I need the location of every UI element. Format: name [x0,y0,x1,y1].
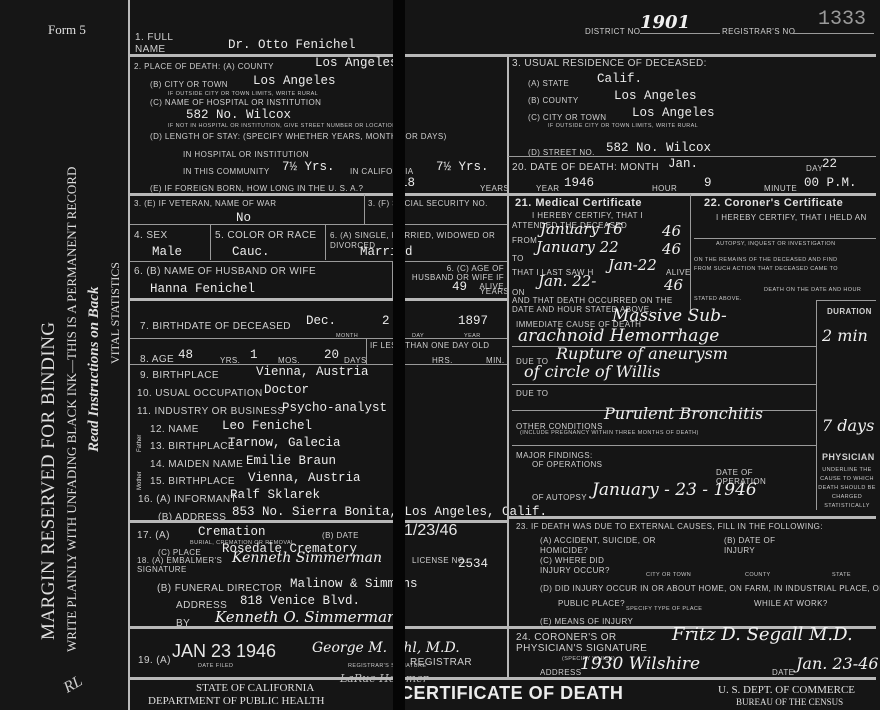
residence-county-label: (b) County [528,96,579,105]
rule [508,193,876,196]
death-minute-value: 00 P.M. [804,176,857,190]
foreign-born-label: (e) If foreign born, how long in the U. … [150,184,363,193]
spouse-label: 6. (b) Name of Husband or Wife [134,266,316,277]
disposal-date-label: (b) Date [322,531,359,540]
signature-address-value: 1930 Wilshire [580,654,700,674]
coroner-text-1: I hereby certify, that I held an [716,213,867,222]
occupation-value: Doctor [264,383,309,397]
instructions-notice: Read Instructions on Back [86,287,103,452]
binding-notice: MARGIN RESERVED FOR BINDING [38,321,60,640]
due-to-label-2: Due to [516,389,548,398]
divider [325,225,326,260]
father-birthplace-value: Tarnow, Galecia [228,436,341,450]
rule [130,677,876,680]
license-value: 2534 [458,557,488,571]
spouse-value: Hanna Fenichel [150,282,255,296]
rule [130,298,508,301]
to-label: to [512,254,524,263]
disposal-label: 17. (a) [137,530,170,541]
rule [792,33,874,34]
full-name-value: Dr. Otto Fenichel [228,38,356,52]
in-hospital-label: In Hospital or institution [183,150,309,159]
certificate-title: CERTIFICATE OF DEATH [400,683,623,704]
residence-county-value: Los Angeles [614,89,697,103]
embalmer-label: 18. (a) Embalmer's Signature [137,556,227,574]
rule [130,224,508,225]
marital-label: 6. (a) Single, Married, Widowed or Divor… [330,231,500,251]
birthdate-day: 2 [382,314,390,328]
residence-city-value: Los Angeles [632,106,715,120]
birthplace-label: 9. Birthplace [140,370,219,381]
death-county-value: Los Angeles [315,56,398,70]
death-city-label: (b) City or town [150,80,228,89]
spouse-age-unit: Years [480,287,509,296]
death-minute-label: Minute [764,184,797,193]
due-to-2: of circle of Willis [524,362,660,381]
occupation-label: 10. Usual Occupation [137,388,263,399]
state-label: State [832,572,851,578]
hospital-value: 582 No. Wilcox [186,108,291,122]
other-conditions-note: (Include pregnancy within three months o… [520,430,699,436]
death-certificate: Form 5 MARGIN RESERVED FOR BINDING WRITE… [0,0,880,710]
physician-signature: Fritz D. Segall M.D. [672,624,853,645]
district-label: District No. [585,27,643,36]
place-of-death-label: 2. Place of Death: (a) County [134,62,274,71]
date-of-injury-label: (b) Date of injury [724,536,784,556]
years-label: Years [480,184,509,193]
age-years: 48 [178,348,193,362]
full-name-label: 1. Full Name [135,32,183,56]
county-label: County [745,572,771,578]
footer-bureau: BUREAU OF THE CENSUS [736,697,843,707]
attended-from: January 16 [540,220,623,238]
rule [508,516,876,519]
rule [694,238,876,239]
immediate-cause-1: Massive Sub- [612,306,727,326]
filed-label: 19. (a) [138,655,171,666]
mother-maiden-value: Emilie Braun [246,454,336,468]
embalmer-signature: Kenneth Simmerman [232,550,382,566]
divider [507,54,509,194]
registrar-number: 1333 [818,8,866,31]
funeral-director-label: (b) Funeral Director [157,583,282,594]
date-filed-stamp: JAN 23 1946 [172,641,276,662]
attended-from-year: 46 [662,222,681,240]
vital-statistics-label: VITAL STATISTICS [108,262,123,364]
divider [690,194,691,310]
city-note: If outside city or town limits, write ru… [168,91,318,97]
rule [512,384,817,385]
birthdate-year: 1897 [458,314,488,328]
coroner-text-5: stated above. [694,296,742,302]
attended-to: January 22 [536,238,619,256]
rule [640,33,720,34]
signature-address-label: Address [540,668,581,677]
specify-place-note: Specify type of place [626,606,702,612]
death-on-year: 46 [664,276,683,294]
signature-label: 24. Coroner's or Physician's Signature [516,632,676,654]
mother-bracket-label: Mother [137,471,143,490]
rule [512,445,817,446]
means-of-injury-label: (e) Means of injury [540,617,633,626]
rule [130,193,508,196]
form-number: Form 5 [48,22,86,38]
death-year-label: Year [536,184,559,193]
death-hour-label: Hour [652,184,677,193]
residence-street-value: 582 No. Wilcox [606,141,711,155]
death-year-value: 1946 [564,176,594,190]
death-month-value: Jan. [668,157,698,171]
major-findings-label: Major findings: [516,451,593,460]
father-birthplace-label: 13. Birthplace [150,441,235,452]
autopsy-date: January - 23 - 1946 [592,480,757,500]
residence-city-note: If outside city or town limits, write ru… [548,123,698,129]
age-days: 20 [324,348,339,362]
clerk-initials: RL [61,673,86,698]
of-autopsy-label: Of autopsy [532,493,587,502]
last-saw-value: Jan-22 [608,256,657,274]
disposal-value: Cremation [198,525,266,539]
public-place-label: public place? [558,599,625,608]
registrar-label: Registrar's No. [722,27,798,36]
accident-label: (a) Accident, suicide, or homicide? [540,536,660,556]
binding-margin: Form 5 MARGIN RESERVED FOR BINDING WRITE… [0,0,128,710]
ink-notice: WRITE PLAINLY WITH UNFADING BLACK INK—TH… [64,167,80,652]
coroner-text-3: from such action that deceased came to [694,266,838,272]
residence-city-label: (c) City or town [528,113,606,122]
scan-fold-shadow [393,0,405,710]
footer-state: STATE OF CALIFORNIA [196,682,314,694]
divider [507,194,509,677]
race-value: Cauc. [232,245,270,259]
at-work-label: While at work? [754,599,828,608]
registrar-label: Registrar [410,657,472,668]
coroner-text-4: death on the date and hour [764,287,861,293]
immediate-cause-2: arachnoid Hemorrhage [518,326,719,346]
disposal-date-value: 1/23/46 [404,522,457,540]
coroner-certificate-title: 22. Coroner's Certificate [704,197,843,209]
physician-note: Underline the cause to which death shoul… [818,466,876,511]
ssn-label: 3. (f) Social Security No. [368,199,488,208]
mother-maiden-label: 14. Maiden Name [150,459,243,470]
race-label: 5. Color or Race [215,230,316,241]
veteran-label: 3. (e) If Veteran, Name of War [134,199,276,208]
duration-label: Duration [827,307,872,316]
divider [816,300,817,510]
external-causes-title: 23. If death was due to external causes,… [516,522,823,531]
due-to-1: Rupture of aneurysm [556,344,728,363]
industry-label: 11. Industry or Business [137,406,284,417]
death-on-value: Jan. 22- [538,272,596,290]
father-name-label: 12. Name [150,424,199,435]
mother-birthplace-value: Vienna, Austria [248,471,361,485]
in-california-value: 7½ Yrs. [436,160,489,174]
rule [130,626,508,629]
rule [130,261,508,262]
duration-1: 2 min [822,326,868,345]
death-hour-value: 9 [704,176,712,190]
divider [364,194,365,224]
attended-to-year: 46 [662,240,681,258]
of-operations-label: Of operations [532,460,602,469]
from-label: from [512,236,537,245]
other-conditions-value: Purulent Bronchitis [604,404,763,423]
funeral-address-value: 818 Venice Blvd. [240,594,360,608]
signature-date-label: Date [772,668,794,677]
hospital-label: (c) Name of hospital or institution [150,98,321,107]
city-label: City or town [646,572,691,578]
injury-place-label: (d) Did injury occur in or about home, o… [540,584,880,593]
funeral-by-signature: Kenneth O. Simmerman [215,608,397,626]
date-filed-note: Date filed [198,663,233,669]
father-bracket-label: Father [137,435,143,452]
mother-birthplace-label: 15. Birthplace [150,476,235,487]
date-of-death-label: 20. Date of Death: Month [512,162,659,173]
birthdate-label: 7. Birthdate of Deceased [140,321,291,332]
medical-certificate-title: 21. Medical Certificate [515,197,642,209]
divider [366,339,367,364]
informant-value: Ralf Sklarek [230,488,320,502]
informant-label: 16. (a) Informant [138,494,237,505]
informant-address-value: 853 No. Sierra Bonita, Los Angeles, Cali… [232,505,547,519]
in-community-value: 7½ Yrs. [282,160,335,174]
birthplace-value: Vienna, Austria [256,365,369,379]
industry-value: Psycho-analyst [282,401,387,415]
rule [130,54,876,57]
coroner-text-2: on the remains of the deceased and find [694,257,837,263]
birthdate-month: Dec. [306,314,336,328]
injury-where-label: (c) Where did injury occur? [540,556,620,576]
coroner-note: Autopsy, inquest or investigation [716,241,835,247]
sex-value: Male [152,245,182,259]
death-city-value: Los Angeles [253,74,336,88]
spouse-age-value: 49 [452,280,467,294]
footer-us-dept: U. S. DEPT. OF COMMERCE [718,684,855,696]
death-day-label: Day [806,164,823,173]
registrar-signature: George M. Uhl, M.D. [312,640,460,656]
father-name-value: Leo Fenichel [222,419,312,433]
physician-box-label: Physician [822,452,875,462]
divider [210,225,211,260]
hospital-note: If not in hospital or institution, give … [168,123,397,129]
signature-date-value: Jan. 23-46 [796,654,879,673]
rule [816,300,876,301]
residence-state-value: Calif. [597,72,642,86]
residence-label: 3. Usual Residence of Deceased: [512,58,707,69]
footer-department: DEPARTMENT OF PUBLIC HEALTH [148,695,324,707]
in-community-label: In this community [183,167,270,176]
veteran-value: No [236,211,251,225]
age-months: 1 [250,348,258,362]
less-than-day-label: If less than one day old [370,341,489,350]
residence-state-label: (a) State [528,79,569,88]
death-day-value: 22 [822,157,837,171]
sex-label: 4. Sex [134,230,168,241]
duration-2: 7 days [822,416,874,435]
rule [130,338,508,339]
district-number: 1901 [640,12,690,33]
